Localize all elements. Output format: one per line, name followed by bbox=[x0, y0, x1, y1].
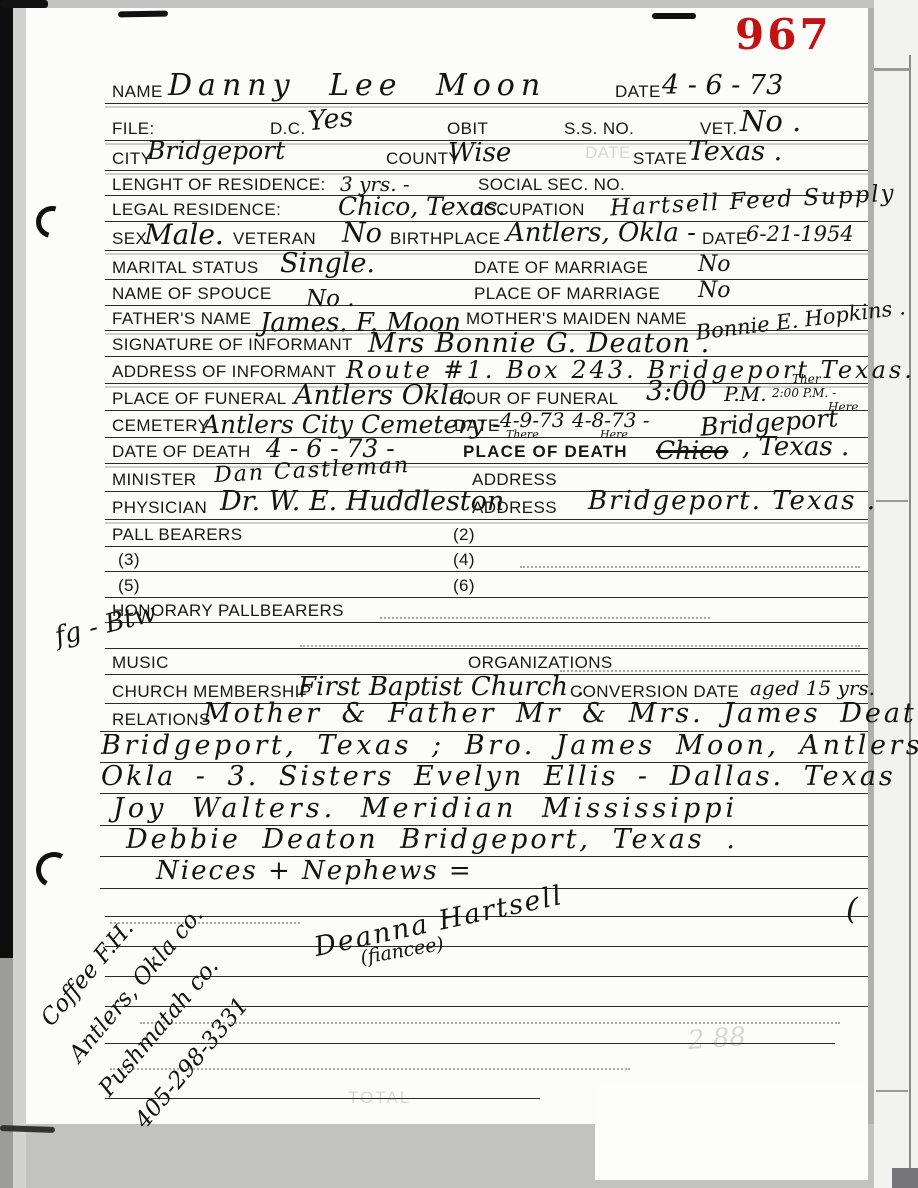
scan-corner-artifact bbox=[892, 1168, 918, 1188]
funeral-hour-value: 3:00 bbox=[646, 376, 707, 407]
informant-signature-label: SIGNATURE OF INFORMANT bbox=[112, 335, 353, 355]
right-strip-mark bbox=[876, 500, 908, 502]
relations-line: Debbie Deaton Bridgeport, Texas . bbox=[126, 824, 738, 855]
physician-address-value: Bridgeport. Texas . bbox=[588, 486, 877, 516]
city-value: Bridgeport bbox=[147, 136, 285, 165]
dotted-line bbox=[380, 617, 710, 619]
obit-label: OBIT bbox=[447, 119, 488, 139]
cemetery-date-note-b: Here bbox=[600, 428, 628, 441]
rule-line bbox=[105, 648, 868, 649]
rule-line bbox=[105, 571, 868, 572]
underlying-page-edge bbox=[874, 0, 918, 1188]
pallbearer-slot-2: (2) bbox=[453, 525, 475, 545]
state-label: STATE bbox=[633, 149, 687, 169]
rule-line bbox=[100, 888, 868, 889]
legal-residence-value: Chico, Texas. bbox=[338, 192, 505, 221]
funeral-hour-ampm: P.M. bbox=[724, 382, 767, 406]
rule-line bbox=[105, 546, 868, 547]
music-label: MUSIC bbox=[112, 653, 169, 673]
vet-value: No . bbox=[740, 104, 801, 138]
pallbearer-slot-3: (3) bbox=[118, 550, 140, 570]
scan-left-edge-lower bbox=[0, 958, 13, 1188]
birth-date-label: DATE bbox=[702, 229, 748, 249]
funeral-hour-note: Ther bbox=[792, 372, 821, 386]
funeral-hour-note: 2:00 P.M. - bbox=[772, 386, 836, 400]
mother-label: MOTHER'S MAIDEN NAME bbox=[466, 309, 687, 329]
rule-line bbox=[105, 279, 868, 280]
father-label: FATHER'S NAME bbox=[112, 309, 251, 329]
funeral-place-label: PLACE OF FUNERAL bbox=[112, 389, 287, 409]
dotted-line bbox=[300, 645, 860, 647]
scan-left-gutter bbox=[13, 0, 26, 1188]
death-place-value: , Texas . bbox=[742, 432, 849, 462]
scan-smudge bbox=[0, 0, 48, 8]
date-value: 4 - 6 - 73 bbox=[662, 70, 783, 101]
veteran-value: No bbox=[342, 218, 382, 249]
marital-status-label: MARITAL STATUS bbox=[112, 258, 259, 278]
rule-line bbox=[105, 946, 868, 947]
ghost-text: TOTAL bbox=[348, 1088, 411, 1108]
cemetery-label: CEMETERY bbox=[112, 416, 209, 436]
death-place-struck: Chico bbox=[656, 436, 728, 465]
rule-line bbox=[105, 622, 868, 623]
underlying-page-corner bbox=[595, 1086, 868, 1180]
spouse-label: NAME OF SPOUCE bbox=[112, 284, 272, 304]
rule-line bbox=[105, 976, 868, 977]
pallbearers-label: PALL BEARERS bbox=[112, 525, 242, 545]
birthplace-value: Antlers, Okla - bbox=[506, 218, 696, 248]
pallbearer-slot-6: (6) bbox=[453, 576, 475, 596]
physician-label: PHYSICIAN bbox=[112, 498, 207, 518]
sex-label: SEX bbox=[112, 229, 147, 249]
length-residence-label: LENGHT OF RESIDENCE: bbox=[112, 175, 326, 195]
informant-address-label: ADDRESS OF INFORMANT bbox=[112, 362, 336, 382]
funeral-hour-label: HOUR OF FUNERAL bbox=[450, 389, 618, 409]
legal-residence-label: LEGAL RESIDENCE: bbox=[112, 200, 281, 220]
marriage-date-value: No bbox=[698, 252, 731, 277]
stray-mark: ( bbox=[846, 892, 858, 927]
physician-value: Dr. W. E. Huddleston bbox=[220, 486, 504, 517]
relations-line: Nieces + Nephews = bbox=[156, 856, 473, 886]
marriage-date-label: DATE OF MARRIAGE bbox=[474, 258, 648, 278]
date-label: DATE bbox=[615, 82, 661, 102]
name-label: NAME bbox=[112, 82, 163, 102]
marital-status-value: Single. bbox=[280, 248, 375, 279]
scan-smudge bbox=[652, 13, 696, 19]
scan-left-black-edge bbox=[0, 0, 13, 958]
rule-line bbox=[105, 1006, 868, 1007]
birthplace-label: BIRTHPLACE bbox=[390, 229, 500, 249]
relations-line: Joy Walters. Meridian Mississippi bbox=[113, 793, 738, 824]
underlying-page-line bbox=[909, 55, 911, 1188]
relations-line: Mother & Father Mr & Mrs. James Deaton , bbox=[203, 698, 918, 729]
dotted-line bbox=[520, 566, 860, 568]
death-date-label: DATE OF DEATH bbox=[112, 442, 251, 462]
minister-label: MINISTER bbox=[112, 470, 196, 490]
ghost-text: 2 88 bbox=[687, 1022, 747, 1056]
veteran-label: VETERAN bbox=[233, 229, 316, 249]
county-value: Wise bbox=[448, 138, 511, 168]
rule-line bbox=[105, 519, 868, 520]
scan-smudge bbox=[118, 11, 168, 18]
relations-line: Bridgeport, Texas ; Bro. James Moon, Ant… bbox=[101, 730, 918, 761]
organizations-label: ORGANIZATIONS bbox=[468, 653, 613, 673]
death-place-label: PLACE OF DEATH bbox=[463, 442, 628, 462]
pallbearer-slot-5: (5) bbox=[118, 576, 140, 596]
scanned-funeral-record-page: 967 DATE TOTAL 2 88 NAME Danny Lee Moon … bbox=[0, 0, 918, 1188]
state-value: Texas . bbox=[688, 136, 782, 167]
informant-signature-value: Mrs Bonnie G. Deaton . bbox=[368, 328, 710, 359]
name-value: Danny Lee Moon bbox=[168, 68, 546, 103]
marriage-place-value: No bbox=[698, 278, 731, 303]
rule-line bbox=[105, 305, 868, 306]
relations-line: Okla - 3. Sisters Evelyn Ellis - Dallas.… bbox=[101, 761, 896, 792]
rule-line bbox=[105, 597, 868, 598]
sex-value: Male. bbox=[144, 218, 224, 251]
conversion-date-value: aged 15 yrs. bbox=[750, 676, 875, 700]
dc-value: Yes bbox=[307, 102, 355, 138]
rule-line bbox=[105, 170, 868, 171]
page-number-stamp: 967 bbox=[735, 10, 832, 59]
relations-label: RELATIONS bbox=[112, 710, 211, 730]
cemetery-date-note-a: There bbox=[506, 428, 539, 441]
ssno-label: S.S. NO. bbox=[564, 119, 634, 139]
marriage-place-label: PLACE OF MARRIAGE bbox=[474, 284, 660, 304]
pallbearer-slot-4: (4) bbox=[453, 550, 475, 570]
right-strip-mark bbox=[874, 68, 910, 71]
funeral-place-value: Antlers Okla. bbox=[294, 380, 474, 411]
ghost-text: DATE bbox=[585, 143, 631, 163]
right-strip-mark bbox=[876, 1090, 908, 1092]
birth-date-value: 6-21-1954 bbox=[746, 222, 854, 246]
